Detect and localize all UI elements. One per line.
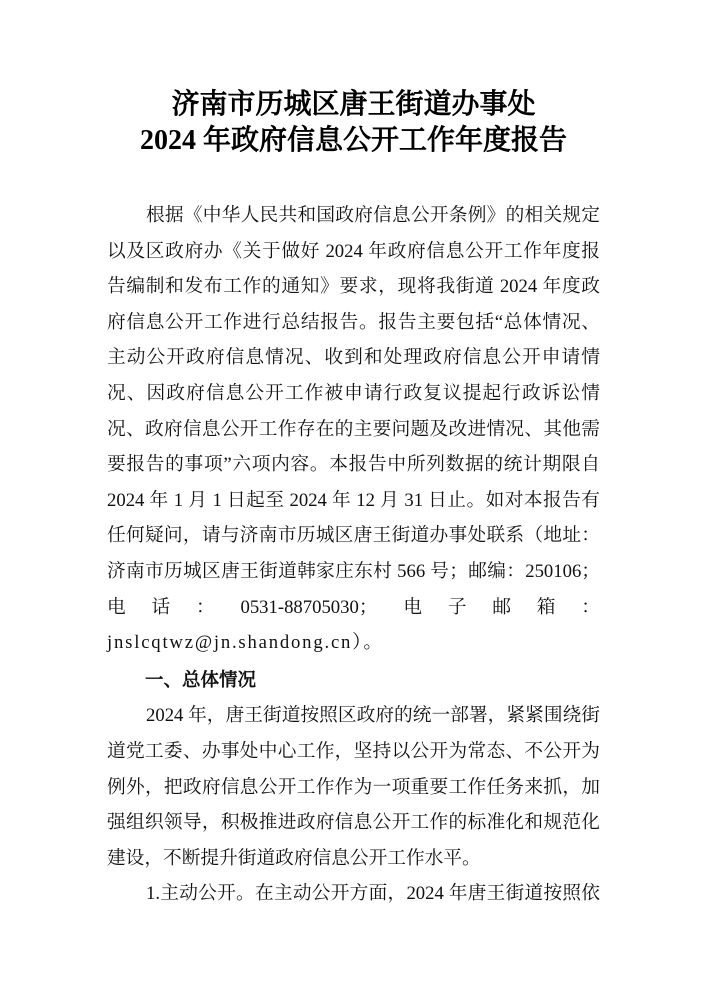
text-line: 2024 年，唐王街道按照区政府的统一部署，紧紧围绕街 [107,698,600,734]
text-line: 强组织领导，积极推进政府信息公开工作的标准化和规范化 [107,805,600,841]
document-body: 根据《中华人民共和国政府信息公开条例》的相关规定 以及区政府办《关于做好 202… [107,198,600,912]
text-line: 2024 年 1 月 1 日起至 2024 年 12 月 31 日止。如对本报告… [107,483,600,519]
active-disclosure-paragraph: 1.主动公开。在主动公开方面，2024 年唐王街道按照依 [107,876,600,912]
title-line-2: 2024 年政府信息公开工作年度报告 [0,123,707,159]
section-heading-overview: 一、总体情况 [107,663,600,699]
text-line: 府信息公开工作进行总结报告。报告主要包括“总体情况、 [107,305,600,341]
intro-paragraph: 根据《中华人民共和国政府信息公开条例》的相关规定 以及区政府办《关于做好 202… [107,198,600,661]
text-line: 以及区政府办《关于做好 2024 年政府信息公开工作年度报 [107,234,600,270]
text-line: 根据《中华人民共和国政府信息公开条例》的相关规定 [107,198,600,234]
text-line: 告编制和发布工作的通知》要求，现将我街道 2024 年度政 [107,269,600,305]
document-page: 济南市历城区唐王街道办事处 2024 年政府信息公开工作年度报告 根据《中华人民… [0,0,707,999]
text-line: 况、政府信息公开工作存在的主要问题及改进情况、其他需 [107,412,600,448]
title-line-1: 济南市历城区唐王街道办事处 [0,87,707,123]
text-line: 况、因政府信息公开工作被申请行政复议提起行政诉讼情 [107,376,600,412]
text-line: 例外，把政府信息公开工作作为一项重要工作任务来抓，加 [107,770,600,806]
document-title: 济南市历城区唐王街道办事处 2024 年政府信息公开工作年度报告 [0,87,707,158]
text-line: 主动公开政府信息情况、收到和处理政府信息公开申请情 [107,340,600,376]
text-line: 1.主动公开。在主动公开方面，2024 年唐王街道按照依 [107,876,600,912]
text-line: 建设，不断提升街道政府信息公开工作水平。 [107,841,600,877]
text-line: 道党工委、办事处中心工作，坚持以公开为常态、不公开为 [107,734,600,770]
text-line: 济南市历城区唐王街道韩家庄东村 566 号；邮编：250106； [107,554,600,590]
contact-email-line: jnslcqtwz@jn.shandong.cn）。 [107,625,600,661]
contact-phone-email-line: 电话：0531-88705030；电子邮箱： [107,590,600,626]
text-line: 要报告的事项”六项内容。本报告中所列数据的统计期限自 [107,447,600,483]
overview-paragraph: 2024 年，唐王街道按照区政府的统一部署，紧紧围绕街 道党工委、办事处中心工作… [107,698,600,876]
text-line: 任何疑问，请与济南市历城区唐王街道办事处联系（地址： [107,518,600,554]
